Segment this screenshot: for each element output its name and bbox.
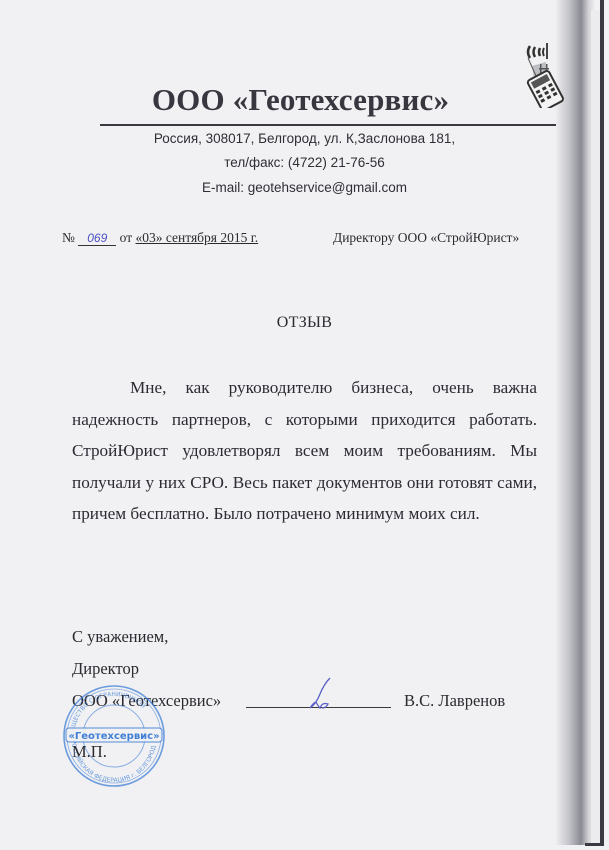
addressee: Директору ООО «СтройЮрист» — [333, 230, 519, 246]
scan-edge-border — [600, 0, 604, 845]
document-title: ОТЗЫВ — [0, 314, 609, 332]
closing-position: Директор — [72, 659, 139, 679]
letter-body: Мне, как руководителю бизнеса, очень важ… — [72, 372, 537, 530]
reference-date-prefix: от — [120, 230, 132, 245]
seal-placeholder-label: М.П. — [72, 742, 107, 762]
company-phone: тел/факс: (4722) 21-76-56 — [0, 155, 609, 170]
reference-line: № 069 от «03» сентября 2015 г. — [62, 230, 258, 246]
closing-regards: С уважением, — [72, 627, 168, 647]
company-seal-stamp: ОБЩЕСТВО С ОГРАНИЧЕННОЙ РОССИЙСКАЯ ФЕДЕР… — [60, 682, 168, 790]
scan-edge-corner — [585, 843, 604, 846]
letterhead-divider — [100, 124, 556, 126]
signer-name: В.С. Лавренов — [404, 691, 505, 711]
body-paragraph: Мне, как руководителю бизнеса, очень важ… — [72, 372, 537, 530]
company-address: Россия, 308017, Белгород, ул. К,Заслонов… — [0, 131, 609, 146]
reference-date: «03» сентября 2015 г. — [136, 230, 259, 245]
scanned-letter-page: ООО «Геотехсервис» Россия, 308017, Белго… — [0, 0, 609, 850]
handwritten-signature — [300, 676, 340, 712]
reference-number-label: № — [62, 230, 75, 245]
svg-text:«Геотехсервис»: «Геотехсервис» — [68, 731, 159, 742]
company-email: E-mail: geotehservice@gmail.com — [0, 180, 609, 195]
scan-edge-shadow — [555, 0, 595, 845]
reference-number: 069 — [78, 231, 116, 246]
company-name-heading: ООО «Геотехсервис» — [0, 82, 609, 118]
